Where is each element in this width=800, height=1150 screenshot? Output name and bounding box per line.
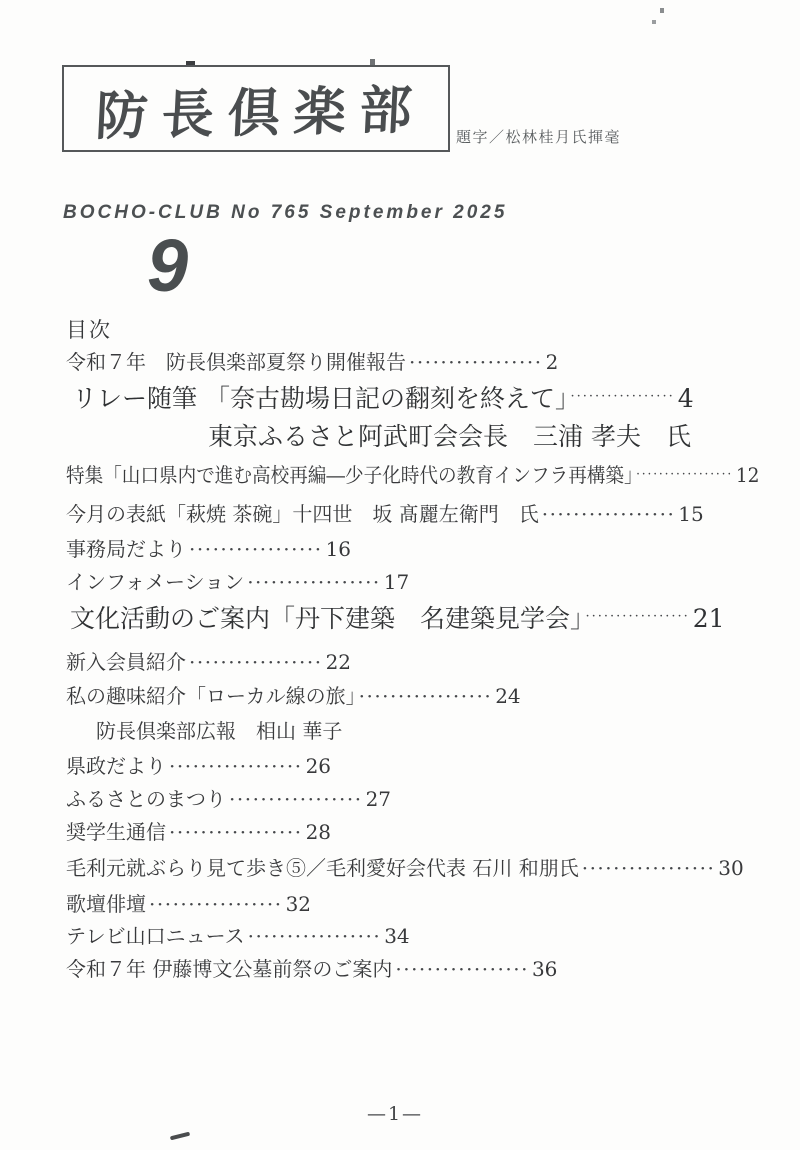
scan-speck — [170, 1132, 190, 1141]
toc-entry-leader: ················· — [356, 684, 496, 708]
toc-entry-page: 32 — [286, 892, 311, 916]
toc-entry-leader: ················· — [146, 892, 286, 916]
toc-entry-leader: ················· — [186, 650, 326, 674]
toc-entry: インフォメーション·················17 — [66, 570, 409, 594]
toc-entry: 歌壇俳壇·················32 — [66, 892, 311, 916]
toc-entry-page: 22 — [326, 650, 351, 674]
toc-entry: 新入会員紹介·················22 — [66, 650, 351, 674]
toc-entry: テレビ山口ニュース·················34 — [66, 924, 410, 948]
toc-entry: 令和７年 防長倶楽部夏祭り開催報告·················2 — [66, 350, 558, 374]
toc-entry-title: 東京ふるさと阿武町会会長 三浦 孝夫 氏 — [208, 422, 691, 451]
scan-speck — [652, 20, 656, 24]
toc-entry-page: 12 — [736, 463, 760, 487]
toc-entry-title: ふるさとのまつり — [66, 787, 226, 811]
toc-entry-page: 28 — [306, 820, 331, 844]
toc-entry: リレー随筆 「奈古勘場日記の翻刻を終えて」·················4 — [72, 384, 694, 414]
issue-line: BOCHO-CLUB No 765 September 2025 — [63, 202, 507, 224]
toc-entry-page: 15 — [678, 502, 703, 526]
logo-caption: 題字／松林桂月氏揮毫 — [456, 126, 621, 147]
toc-entry-title: インフォメーション — [66, 570, 244, 594]
toc-entry-leader: ················· — [583, 609, 693, 624]
toc-entry-leader: ················· — [633, 467, 736, 482]
toc-entry-title: 特集「山口県内で進む高校再編―少子化時代の教育インフラ再構築」 — [66, 463, 633, 487]
toc-entry-title: 令和７年 防長倶楽部夏祭り開催報告 — [66, 350, 406, 374]
toc-entry-page: 27 — [366, 787, 391, 811]
toc-entry-leader: ················· — [392, 957, 532, 981]
toc-entry-title: 令和７年 伊藤博文公墓前祭のご案内 — [66, 957, 392, 981]
toc-entry-page: 34 — [384, 924, 409, 948]
toc-entry-page: 17 — [384, 570, 409, 594]
toc-entry-page: 36 — [532, 957, 557, 981]
toc-entry: 令和７年 伊藤博文公墓前祭のご案内·················36 — [66, 957, 557, 981]
toc-entry-title: テレビ山口ニュース — [66, 924, 245, 948]
toc-entry: 事務局だより·················16 — [66, 537, 351, 561]
toc-entry-leader: ················· — [406, 350, 546, 374]
toc-entry-leader: ················· — [245, 924, 385, 948]
toc-entry: 今月の表紙「萩焼 茶碗」十四世 坂 髙麗左衛門 氏···············… — [66, 502, 704, 526]
toc-entry: ふるさとのまつり·················27 — [66, 787, 391, 811]
scan-speck — [660, 8, 664, 13]
toc-entry-title: リレー随筆 「奈古勘場日記の翻刻を終えて」 — [72, 384, 567, 413]
toc-entry-leader: ················· — [166, 820, 306, 844]
toc-entry-title: 今月の表紙「萩焼 茶碗」十四世 坂 髙麗左衛門 氏 — [66, 502, 539, 526]
toc-entry-title: 私の趣味紹介「ローカル線の旅」 — [66, 684, 356, 708]
toc-entry: 私の趣味紹介「ローカル線の旅」·················24 — [66, 684, 521, 708]
toc-entry-title: 防長倶楽部広報 相山 華子 — [96, 719, 342, 743]
page-footer-number: —1— — [336, 1103, 454, 1125]
toc-entry-title: 事務局だより — [66, 537, 186, 561]
toc-entry-title: 奨学生通信 — [66, 820, 166, 844]
toc-entry-title: 県政だより — [66, 754, 166, 778]
toc-entry-page: 24 — [495, 684, 520, 708]
toc-entry-leader: ················· — [567, 389, 677, 404]
logo-calligraphy: 防長倶楽部 — [84, 67, 428, 149]
toc-entry-page: 30 — [718, 856, 743, 880]
toc-entry-page: 16 — [326, 537, 351, 561]
toc-heading: 目次 — [66, 314, 112, 344]
toc-entry-title: 歌壇俳壇 — [66, 892, 146, 916]
month-numeral: 9 — [147, 229, 188, 303]
toc-entry: 防長倶楽部広報 相山 華子 — [96, 719, 342, 743]
masthead-logo-box: 防長倶楽部 — [62, 65, 450, 152]
toc-entry-leader: ················· — [539, 502, 679, 526]
toc-entry-leader: ················· — [186, 537, 326, 561]
toc-entry-leader: ················· — [579, 856, 719, 880]
magazine-toc-page: 防長倶楽部 題字／松林桂月氏揮毫 BOCHO-CLUB No 765 Septe… — [0, 0, 800, 1150]
toc-entry-title: 毛利元就ぶらり見て歩き⑤／毛利愛好会代表 石川 和朋氏 — [66, 856, 579, 880]
toc-entry: 毛利元就ぶらり見て歩き⑤／毛利愛好会代表 石川 和朋氏·············… — [66, 856, 744, 880]
toc-entry: 県政だより·················26 — [66, 754, 331, 778]
toc-entry: 東京ふるさと阿武町会会長 三浦 孝夫 氏 — [208, 422, 691, 452]
toc-entry-page: 21 — [693, 604, 725, 633]
toc-entry: 奨学生通信·················28 — [66, 820, 331, 844]
toc-entry-page: 26 — [306, 754, 331, 778]
toc-entry-title: 文化活動のご案内「丹下建築 名建築見学会」 — [70, 604, 583, 633]
toc-entry: 文化活動のご案内「丹下建築 名建築見学会」·················21 — [70, 604, 725, 634]
toc-entry-leader: ················· — [244, 570, 384, 594]
toc-entry-page: 4 — [678, 384, 694, 413]
toc-entry-page: 2 — [546, 350, 559, 374]
toc-entry-title: 新入会員紹介 — [66, 650, 186, 674]
toc-entry-leader: ················· — [166, 754, 306, 778]
toc-entry: 特集「山口県内で進む高校再編―少子化時代の教育インフラ再構築」·········… — [66, 463, 760, 487]
toc-entry-leader: ················· — [226, 787, 366, 811]
